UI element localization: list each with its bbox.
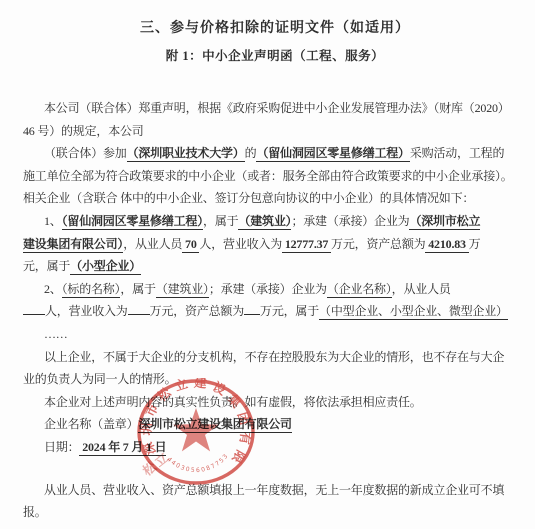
text-segment: ，从业人员 — [123, 237, 182, 251]
text-segment: ，属于 — [120, 282, 155, 296]
document-line: 报。 — [23, 501, 527, 524]
text-segment: 业的负责人为同一人的情形。 — [23, 372, 176, 386]
document-line: 本企业对上述声明内容的真实性负责。如有虚假，将依法承担相应责任。 — [23, 391, 527, 414]
text-segment: ；承建（承接）企业为 — [209, 282, 327, 296]
text-segment: 12777.37 — [282, 237, 331, 253]
text-segment: （留仙洞园区零星修缮工程） — [62, 214, 203, 230]
document-line: 本公司（联合体）郑重声明，根据《政府采购促进中小企业发展管理办法》（财库（202… — [23, 97, 527, 120]
text-segment: （深圳职业技术大学） — [127, 146, 245, 162]
document-line: 施工单位全部为符合政策要求的中小企业（或者：服务全部由符合政策要求的中小企业承接… — [23, 165, 527, 188]
text-segment: 建设集团有限公司） — [23, 237, 123, 253]
document-line: 业的负责人为同一人的情形。 — [23, 368, 527, 391]
document-line: 日期： 2024 年 7 月 1 日 — [23, 436, 527, 459]
text-segment: 报。 — [23, 505, 47, 519]
text-segment: 本企业对上述声明内容的真实性负责。如有虚假，将依法承担相应责任。 — [44, 395, 422, 409]
text-segment: （联合体）参加 — [44, 146, 127, 160]
text-segment: 人，营业收入为 — [199, 237, 282, 251]
text-segment: ，属于 — [203, 214, 238, 228]
text-segment: 企业名称（盖章） — [44, 417, 138, 431]
text-segment: 万 — [469, 237, 481, 251]
blank-fill-line — [23, 300, 45, 315]
text-segment: （企业名称） — [327, 282, 392, 298]
text-segment: 从业人员、营业收入、资产总额填报上一年度数据，无上一年度数据的新成立企业可不填 — [44, 483, 504, 497]
text-segment: 本公司（联合体）郑重声明，根据《政府采购促进中小企业发展管理办法》（财库（202… — [44, 101, 510, 115]
document-title: 三、参与价格扣除的证明文件（如适用） — [23, 20, 527, 38]
text-segment: 元，属于 — [23, 259, 70, 273]
document-line: …… — [23, 323, 527, 346]
text-segment: 万元，资产总额为 — [150, 304, 244, 318]
text-segment: ；承建（承接）企业为 — [291, 214, 409, 228]
document-line: 以上企业，不属于大企业的分支机构，不存在控股股东为大企业的情形，也不存在与大企 — [23, 346, 527, 369]
text-segment: 70 — [182, 237, 199, 253]
text-segment: ，从业人员 — [392, 282, 451, 296]
document-line: 1、（留仙洞园区零星修缮工程），属于（建筑业）；承建（承接）企业为（深圳市松立 — [23, 210, 527, 233]
text-segment: （深圳市松立 — [409, 214, 480, 230]
text-segment: （建筑业） — [156, 282, 209, 298]
blank-fill-line — [128, 300, 150, 315]
text-segment: 2024 年 7 月 1 日 — [79, 440, 166, 456]
text-segment: 2、 — [44, 282, 62, 296]
text-segment: （标的名称） — [62, 282, 121, 298]
text-segment: （小型企业） — [70, 259, 141, 275]
document-line: 2、（标的名称），属于（建筑业）；承建（承接）企业为（企业名称），从业人员 — [23, 278, 527, 301]
document-body: 本公司（联合体）郑重声明，根据《政府采购促进中小企业发展管理办法》（财库（202… — [23, 97, 527, 459]
text-segment: …… — [44, 327, 68, 341]
text-segment: 人，营业收入为 — [45, 304, 128, 318]
text-segment: 以上企业，不属于大企业的分支机构，不存在控股股东为大企业的情形，也不存在与大企 — [44, 350, 504, 364]
text-segment: 日期： — [44, 440, 79, 454]
text-segment: 万元，属于 — [260, 304, 319, 318]
document-line: 人，营业收入为万元，资产总额为万元，属于（中型企业、小型企业、微型企业） — [23, 300, 527, 323]
document-line: 46 号）的规定，本公司 — [23, 120, 527, 143]
text-segment: 4210.83 — [425, 237, 468, 253]
text-segment: 深圳市松立建设集团有限公司 — [138, 417, 291, 433]
text-segment: （留仙洞园区零星修缮工程） — [256, 146, 409, 162]
text-segment: （建筑业） — [238, 214, 291, 230]
blank-fill-line — [244, 300, 260, 315]
document-line: 企业名称（盖章）深圳市松立建设集团有限公司 — [23, 413, 527, 436]
text-segment: 采购活动，工程的 — [410, 146, 504, 160]
text-segment: 施工单位全部为符合政策要求的中小企业（或者：服务全部由符合政策要求的中小企业承接… — [23, 169, 513, 183]
text-segment: 万元，资产总额为 — [331, 237, 425, 251]
declaration-document-page: 三、参与价格扣除的证明文件（如适用） 附 1：中小企业声明函（工程、服务） 本公… — [0, 0, 535, 529]
document-subtitle: 附 1：中小企业声明函（工程、服务） — [23, 48, 527, 65]
document-line: 相关企业（含联合 体中的中小企业、签订分包意向协议的中小企业）的具体情况如下： — [23, 187, 527, 210]
text-segment: 的 — [245, 146, 257, 160]
text-segment: 46 号）的规定，本公司 — [23, 124, 144, 138]
document-line: 元，属于（小型企业） — [23, 255, 527, 278]
document-line: 建设集团有限公司），从业人员 70 人，营业收入为 12777.37 万元，资产… — [23, 233, 527, 256]
text-segment: 1、 — [44, 214, 62, 228]
text-segment: 相关企业（含联合 体中的中小企业、签订分包意向协议的中小企业）的具体情况如下： — [23, 191, 474, 205]
document-line: （联合体）参加（深圳职业技术大学）的（留仙洞园区零星修缮工程）采购活动，工程的 — [23, 142, 527, 165]
document-footnote: 从业人员、营业收入、资产总额填报上一年度数据，无上一年度数据的新成立企业可不填报… — [23, 479, 527, 524]
document-line: 从业人员、营业收入、资产总额填报上一年度数据，无上一年度数据的新成立企业可不填 — [23, 479, 527, 502]
text-segment: （中型企业、小型企业、微型企业） — [319, 304, 508, 320]
